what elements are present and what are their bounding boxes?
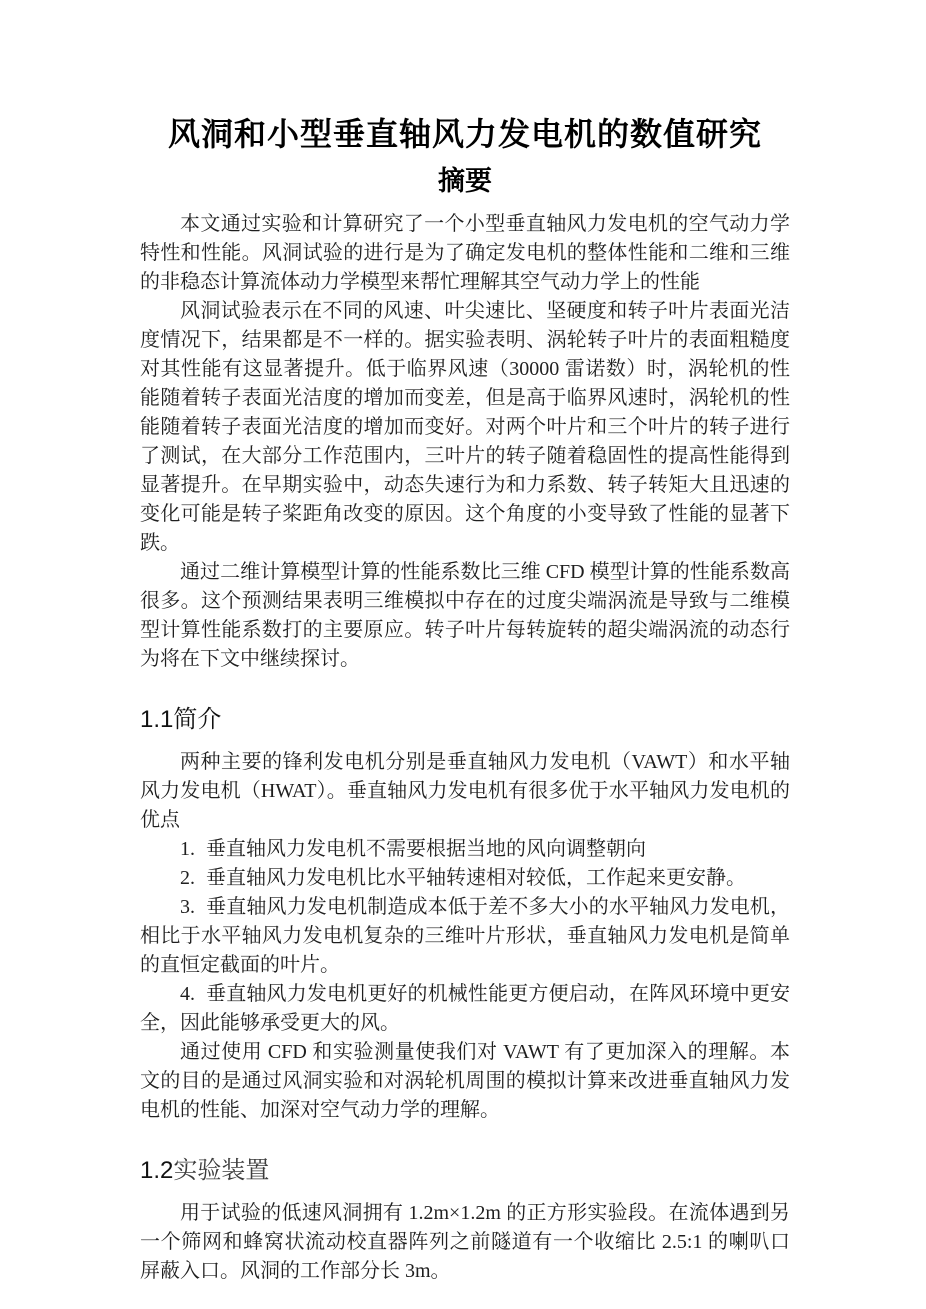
- section-setup-heading: 1.2实验装置: [140, 1155, 790, 1187]
- list-item-4-number: 4.: [180, 980, 195, 1009]
- list-item-3-text: 垂直轴风力发电机制造成本低于差不多大小的水平轴风力发电机，相比于水平轴风力发电机…: [140, 896, 790, 976]
- list-item-1-number: 1.: [180, 835, 195, 864]
- list-item-3: 3.垂直轴风力发电机制造成本低于差不多大小的水平轴风力发电机，相比于水平轴风力发…: [140, 893, 790, 980]
- abstract-heading: 摘要: [140, 162, 790, 200]
- abstract-paragraph-3: 通过二维计算模型计算的性能系数比三维 CFD 模型计算的性能系数高很多。这个预测…: [140, 558, 790, 674]
- list-item-3-number: 3.: [180, 893, 195, 922]
- setup-paragraph-1: 用于试验的低速风洞拥有 1.2m×1.2m 的正方形实验段。在流体遇到另一个筛网…: [140, 1199, 790, 1286]
- abstract-paragraph-1: 本文通过实验和计算研究了一个小型垂直轴风力发电机的空气动力学特性和性能。风洞试验…: [140, 210, 790, 297]
- list-item-2-text: 垂直轴风力发电机比水平轴转速相对较低，工作起来更安静。: [206, 867, 746, 889]
- list-item-2-number: 2.: [180, 864, 195, 893]
- intro-closing-paragraph: 通过使用 CFD 和实验测量使我们对 VAWT 有了更加深入的理解。本文的目的是…: [140, 1038, 790, 1125]
- list-item-1-text: 垂直轴风力发电机不需要根据当地的风向调整朝向: [206, 838, 646, 860]
- intro-lead-paragraph: 两种主要的锋利发电机分别是垂直轴风力发电机（VAWT）和水平轴风力发电机（HWA…: [140, 748, 790, 835]
- list-item-4-text: 垂直轴风力发电机更好的机械性能更方便启动，在阵风环境中更安全，因此能够承受更大的…: [140, 983, 790, 1034]
- list-item-1: 1.垂直轴风力发电机不需要根据当地的风向调整朝向: [140, 835, 790, 864]
- document-page: 风洞和小型垂直轴风力发电机的数值研究 摘要 本文通过实验和计算研究了一个小型垂直…: [0, 0, 926, 1309]
- list-item-4: 4.垂直轴风力发电机更好的机械性能更方便启动，在阵风环境中更安全，因此能够承受更…: [140, 980, 790, 1038]
- list-item-2: 2.垂直轴风力发电机比水平轴转速相对较低，工作起来更安静。: [140, 864, 790, 893]
- section-setup-number: 1.2: [140, 1157, 173, 1184]
- section-intro: 1.1简介 两种主要的锋利发电机分别是垂直轴风力发电机（VAWT）和水平轴风力发…: [140, 704, 790, 1125]
- section-intro-number: 1.1: [140, 706, 173, 733]
- section-intro-heading: 1.1简介: [140, 704, 790, 736]
- section-setup: 1.2实验装置 用于试验的低速风洞拥有 1.2m×1.2m 的正方形实验段。在流…: [140, 1155, 790, 1286]
- page-title: 风洞和小型垂直轴风力发电机的数值研究: [140, 112, 790, 156]
- section-setup-title: 实验装置: [173, 1158, 269, 1184]
- section-intro-title: 简介: [173, 706, 221, 733]
- abstract-paragraph-2: 风洞试验表示在不同的风速、叶尖速比、坚硬度和转子叶片表面光洁度情况下，结果都是不…: [140, 297, 790, 558]
